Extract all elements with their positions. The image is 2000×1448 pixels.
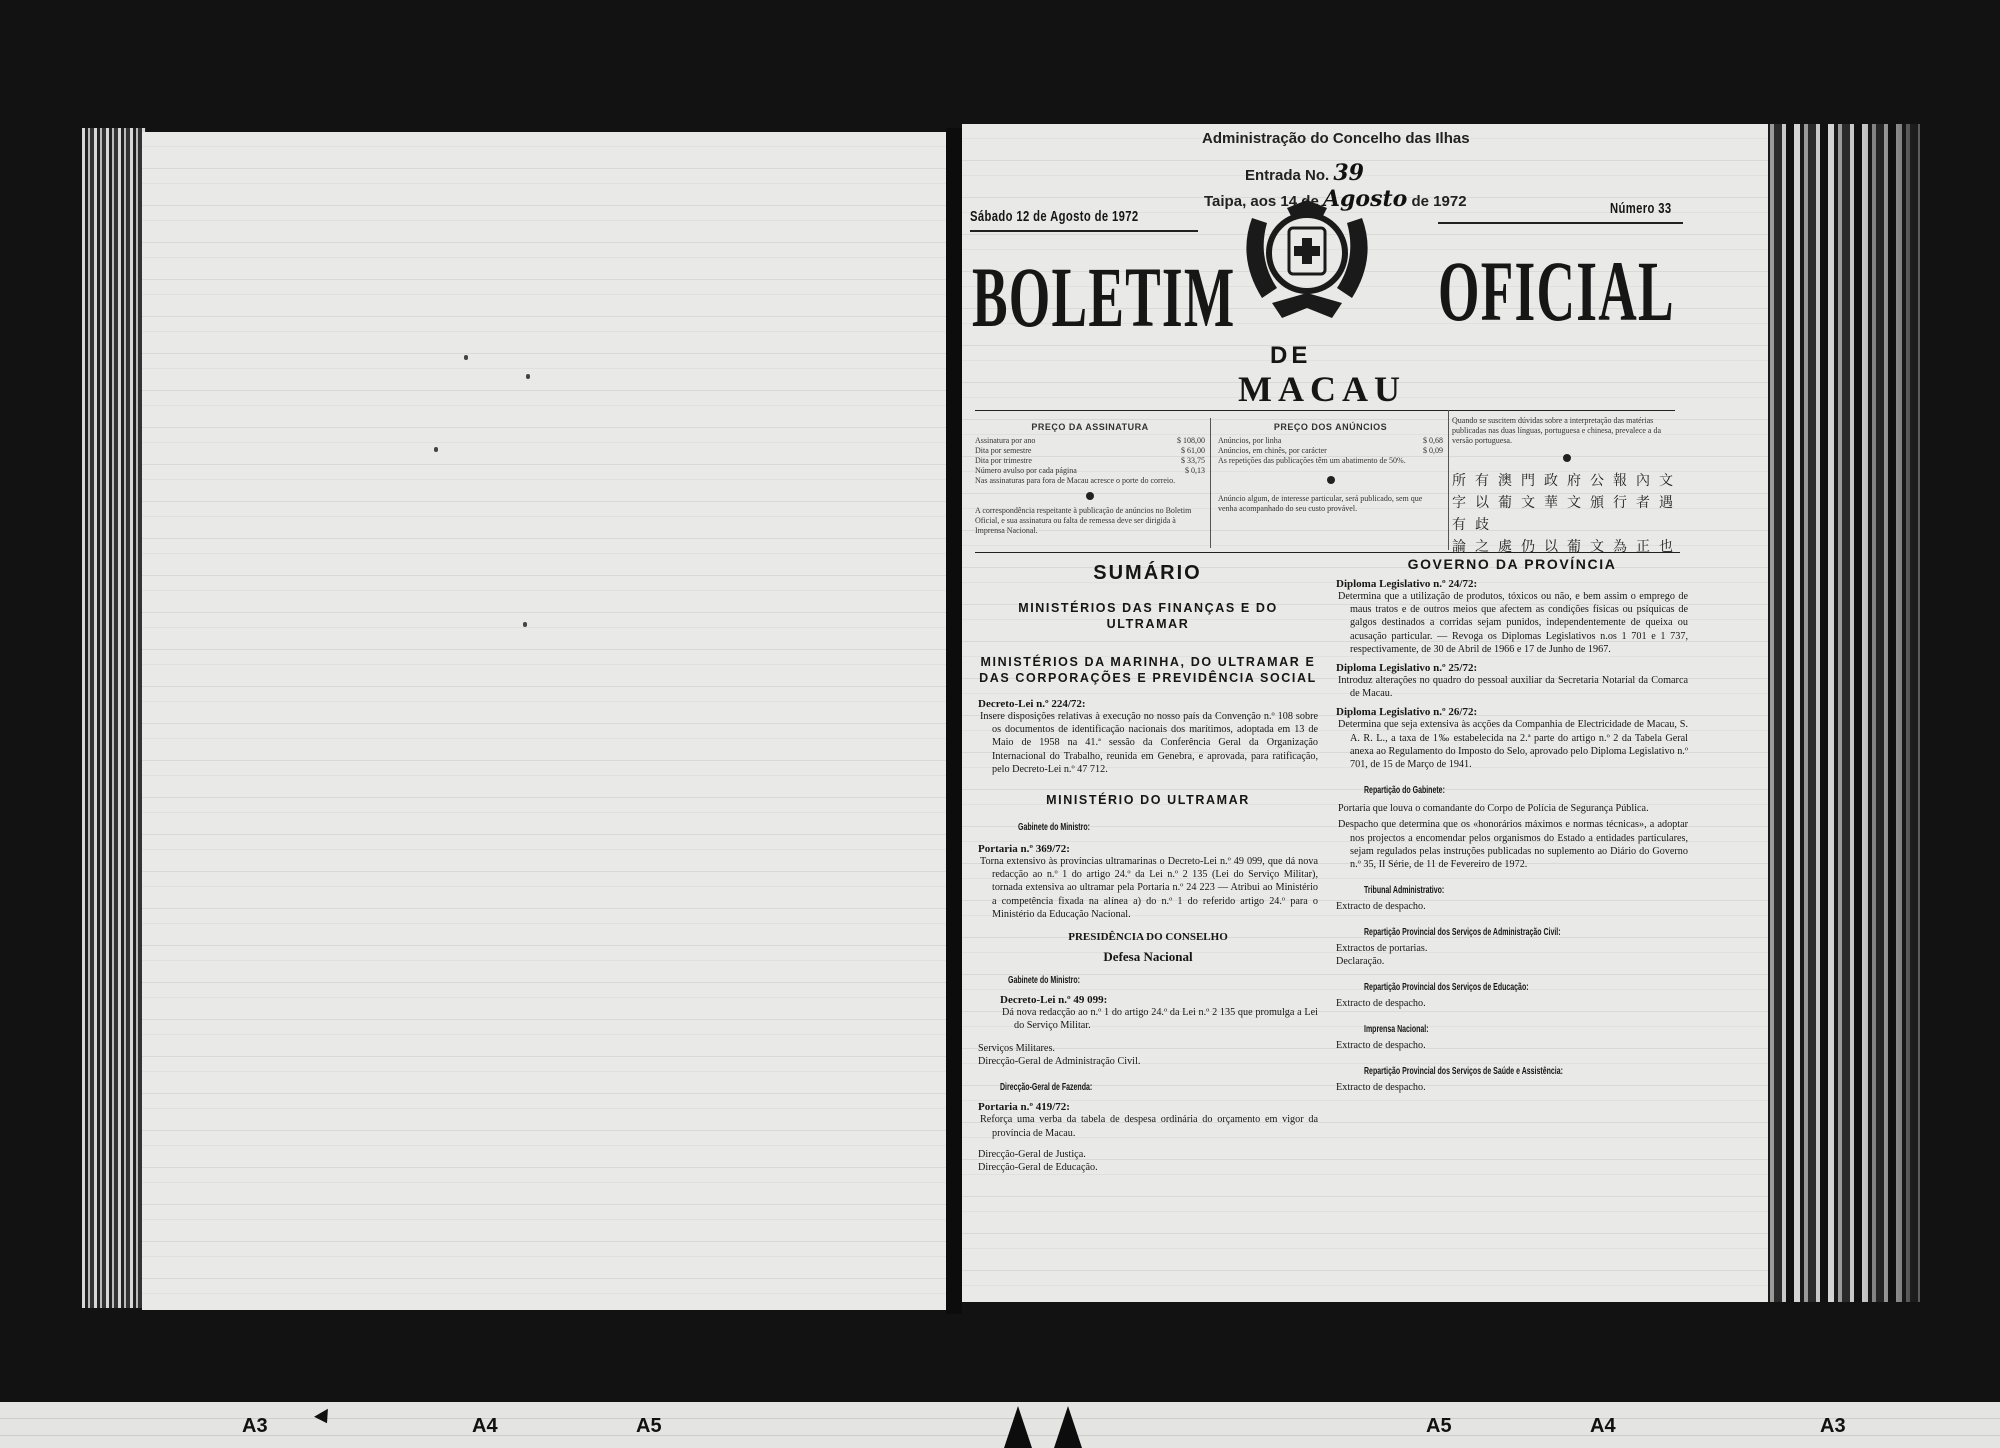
film-marker-right-icon xyxy=(1054,1406,1082,1448)
summary-left-column: MINISTÉRIOS DAS FINANÇAS E DO ULTRAMAR M… xyxy=(978,600,1318,1174)
ads-title: PREÇO DOS ANÚNCIOS xyxy=(1218,422,1443,432)
department-heading: Imprensa Nacional: xyxy=(1364,1024,1591,1035)
book-gutter xyxy=(946,128,962,1314)
price-row: Dita por semestre$ 61,00 xyxy=(975,446,1205,456)
act-summary: Torna extensivo às províncias ultramarin… xyxy=(978,855,1318,921)
ministry-heading: MINISTÉRIOS DAS FINANÇAS E DO ULTRAMAR xyxy=(978,600,1318,632)
summary-entry: Direcção-Geral de Justiça. xyxy=(978,1148,1318,1161)
summary-entry: Direcção-Geral de Administração Civil. xyxy=(978,1055,1318,1068)
divider xyxy=(975,410,1675,411)
language-note-zh-1: 所有澳門政府公報內文 xyxy=(1452,470,1682,492)
stamp-year: de 1972 xyxy=(1412,193,1467,210)
book-page-edges-left xyxy=(82,128,146,1308)
act-title: Portaria n.º 369/72: xyxy=(978,843,1318,855)
act-summary: Portaria que louva o comandante do Corpo… xyxy=(1336,802,1688,815)
summary-entry: Serviços Militares. xyxy=(978,1042,1318,1055)
summary-entry: Extracto de despacho. xyxy=(1336,1039,1688,1052)
masthead-de: DE xyxy=(1270,342,1311,370)
stamp-entry-label: Entrada No. xyxy=(1245,167,1329,184)
presidency-subheading: Defesa Nacional xyxy=(978,949,1318,965)
film-mark: A3 xyxy=(1820,1415,1846,1438)
speck xyxy=(523,622,527,627)
summary-entry: Extracto de despacho. xyxy=(1336,900,1688,913)
stamp-entry-number: 39 xyxy=(1333,160,1364,186)
coat-of-arms-icon xyxy=(1232,198,1382,328)
stamp-entry: Entrada No. 39 xyxy=(1245,160,1364,186)
left-page-blank xyxy=(142,132,946,1310)
divider xyxy=(1448,410,1449,550)
department-heading: Gabinete do Ministro: xyxy=(1008,975,1225,986)
department-heading: Direcção-Geral de Fazenda: xyxy=(1000,1082,1223,1093)
subscription-title: PREÇO DA ASSINATURA xyxy=(975,422,1205,432)
act-title: Decreto-Lei n.º 224/72: xyxy=(978,698,1318,710)
ad-prices: PREÇO DOS ANÚNCIOS Anúncios, por linha$ … xyxy=(1218,422,1443,514)
masthead-macau: MACAU xyxy=(1238,368,1406,410)
masthead-oficial: OFICIAL xyxy=(1438,248,1675,334)
act-title: Decreto-Lei n.º 49 099: xyxy=(1000,994,1318,1006)
act-title: Diploma Legislativo n.º 26/72: xyxy=(1336,706,1688,718)
language-note-zh-2: 字以葡文華文頒行者遇有歧 xyxy=(1452,492,1682,536)
department-heading: Gabinete do Ministro: xyxy=(1018,822,1228,833)
summary-entry: Extracto de despacho. xyxy=(1336,997,1688,1010)
department-heading: Repartição Provincial dos Serviços de Ad… xyxy=(1364,927,1591,938)
ads-note: As repetições das publicações têm um aba… xyxy=(1218,456,1443,466)
department-heading: Tribunal Administrativo: xyxy=(1364,885,1591,896)
ads-footer: Anúncio algum, de interesse particular, … xyxy=(1218,494,1443,514)
issue-number: Número 33 xyxy=(1610,200,1672,217)
act-title: Diploma Legislativo n.º 24/72: xyxy=(1336,578,1688,590)
department-heading: Repartição Provincial dos Serviços de Ed… xyxy=(1364,982,1591,993)
divider xyxy=(1438,222,1683,224)
summary-right-column: GOVERNO DA PROVÍNCIA Diploma Legislativo… xyxy=(1336,556,1688,1094)
department-heading: Repartição Provincial dos Serviços de Sa… xyxy=(1364,1066,1591,1077)
divider xyxy=(970,230,1198,232)
price-row: Número avulso por cada página$ 0,13 xyxy=(975,466,1205,476)
act-summary: Dá nova redacção ao n.º 1 do artigo 24.º… xyxy=(1000,1006,1318,1032)
bullet-icon xyxy=(1327,476,1335,484)
language-note-zh-3: 論之處仍以葡文為正也 xyxy=(1452,536,1682,558)
film-mark: A5 xyxy=(636,1415,662,1438)
act-summary: Reforça uma verba da tabela de despesa o… xyxy=(978,1113,1318,1139)
subscription-note: Nas assinaturas para fora de Macau acres… xyxy=(975,476,1205,486)
summary-entry: Extracto de despacho. xyxy=(1336,1081,1688,1094)
masthead-boletim: BOLETIM xyxy=(972,254,1235,340)
divider xyxy=(1210,418,1211,548)
act-summary: Insere disposições relativas à execução … xyxy=(978,710,1318,776)
presidency-heading: PRESIDÊNCIA DO CONSELHO xyxy=(978,931,1318,943)
language-note-pt: Quando se suscitem dúvidas sobre a inter… xyxy=(1452,416,1682,446)
price-row: Assinatura por ano$ 108,00 xyxy=(975,436,1205,446)
act-summary: Determina que a utilização de produtos, … xyxy=(1336,590,1688,656)
ministry-heading: MINISTÉRIO DO ULTRAMAR xyxy=(978,792,1318,808)
issue-date: Sábado 12 de Agosto de 1972 xyxy=(970,208,1139,225)
microfilm-strip xyxy=(0,1402,2000,1448)
film-mark: A5 xyxy=(1426,1415,1452,1438)
film-mark: A4 xyxy=(472,1415,498,1438)
film-marker-left-icon xyxy=(1004,1406,1032,1448)
price-row: Anúncios, em chinês, por carácter$ 0,09 xyxy=(1218,446,1443,456)
department-heading: Repartição do Gabinete: xyxy=(1364,785,1591,796)
ministry-heading: GOVERNO DA PROVÍNCIA xyxy=(1336,556,1688,572)
subscription-prices: PREÇO DA ASSINATURA Assinatura por ano$ … xyxy=(975,422,1205,536)
price-row: Dita por trimestre$ 33,75 xyxy=(975,456,1205,466)
act-summary: Despacho que determina que os «honorário… xyxy=(1336,818,1688,871)
act-title: Diploma Legislativo n.º 25/72: xyxy=(1336,662,1688,674)
ministry-heading: MINISTÉRIOS DA MARINHA, DO ULTRAMAR E DA… xyxy=(978,654,1318,686)
bullet-icon xyxy=(1563,454,1571,462)
summary-entry: Direcção-Geral de Educação. xyxy=(978,1161,1318,1174)
summary-entry: Extractos de portarias. xyxy=(1336,942,1688,955)
act-summary: Introduz alterações no quadro do pessoal… xyxy=(1336,674,1688,700)
speck xyxy=(464,355,468,360)
speck xyxy=(526,374,530,379)
act-title: Portaria n.º 419/72: xyxy=(978,1101,1318,1113)
divider xyxy=(975,552,1680,553)
stamp-office: Administração do Concelho das Ilhas xyxy=(1202,130,1470,147)
bullet-icon xyxy=(1086,492,1094,500)
act-summary: Determina que seja extensiva às acções d… xyxy=(1336,718,1688,771)
speck xyxy=(434,447,438,452)
correspondence-note: A correspondência respeitante à publicaç… xyxy=(975,506,1205,536)
language-note: Quando se suscitem dúvidas sobre a inter… xyxy=(1452,416,1682,558)
book-page-edges-right xyxy=(1760,124,1920,1302)
film-mark: A3 xyxy=(242,1415,268,1438)
price-row: Anúncios, por linha$ 0,68 xyxy=(1218,436,1443,446)
summary-title: SUMÁRIO xyxy=(975,562,1320,585)
film-mark: A4 xyxy=(1590,1415,1616,1438)
summary-entry: Declaração. xyxy=(1336,955,1688,968)
